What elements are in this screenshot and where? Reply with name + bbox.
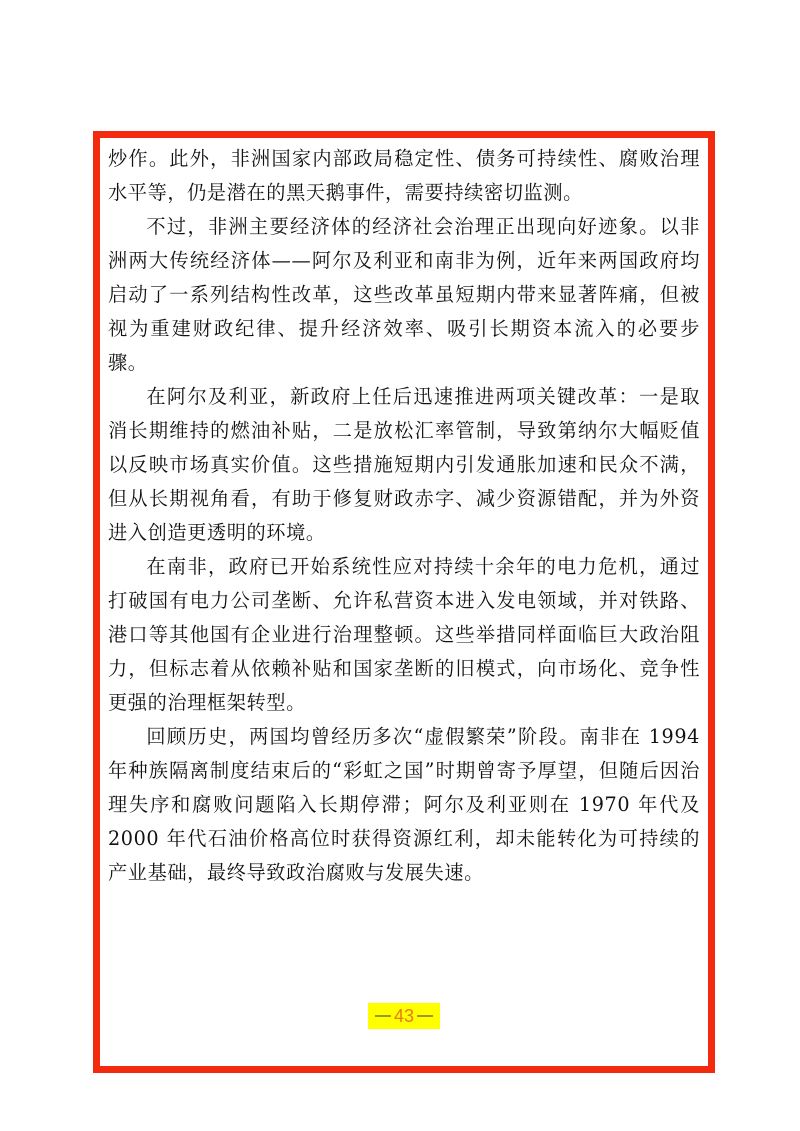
page-number-badge: 43 bbox=[368, 1003, 440, 1029]
paragraph-5: 回顾历史，两国均曾经历多次“虚假繁荣”阶段。南非在 1994 年种族隔离制度结束… bbox=[108, 720, 700, 890]
dash-left-icon bbox=[375, 1015, 391, 1017]
paragraph-4: 在南非，政府已开始系统性应对持续十余年的电力危机，通过打破国有电力公司垄断、允许… bbox=[108, 550, 700, 720]
paragraph-3: 在阿尔及利亚，新政府上任后迅速推进两项关键改革：一是取消长期维持的燃油补贴，二是… bbox=[108, 380, 700, 550]
paragraph-2: 不过，非洲主要经济体的经济社会治理正出现向好迹象。以非洲两大传统经济体——阿尔及… bbox=[108, 210, 700, 380]
paragraph-1: 炒作。此外，非洲国家内部政局稳定性、债务可持续性、腐败治理水平等，仍是潜在的黑天… bbox=[108, 142, 700, 210]
dash-right-icon bbox=[417, 1015, 433, 1017]
document-body: 炒作。此外，非洲国家内部政局稳定性、债务可持续性、腐败治理水平等，仍是潜在的黑天… bbox=[108, 142, 700, 890]
page-number: 43 bbox=[394, 1006, 414, 1027]
